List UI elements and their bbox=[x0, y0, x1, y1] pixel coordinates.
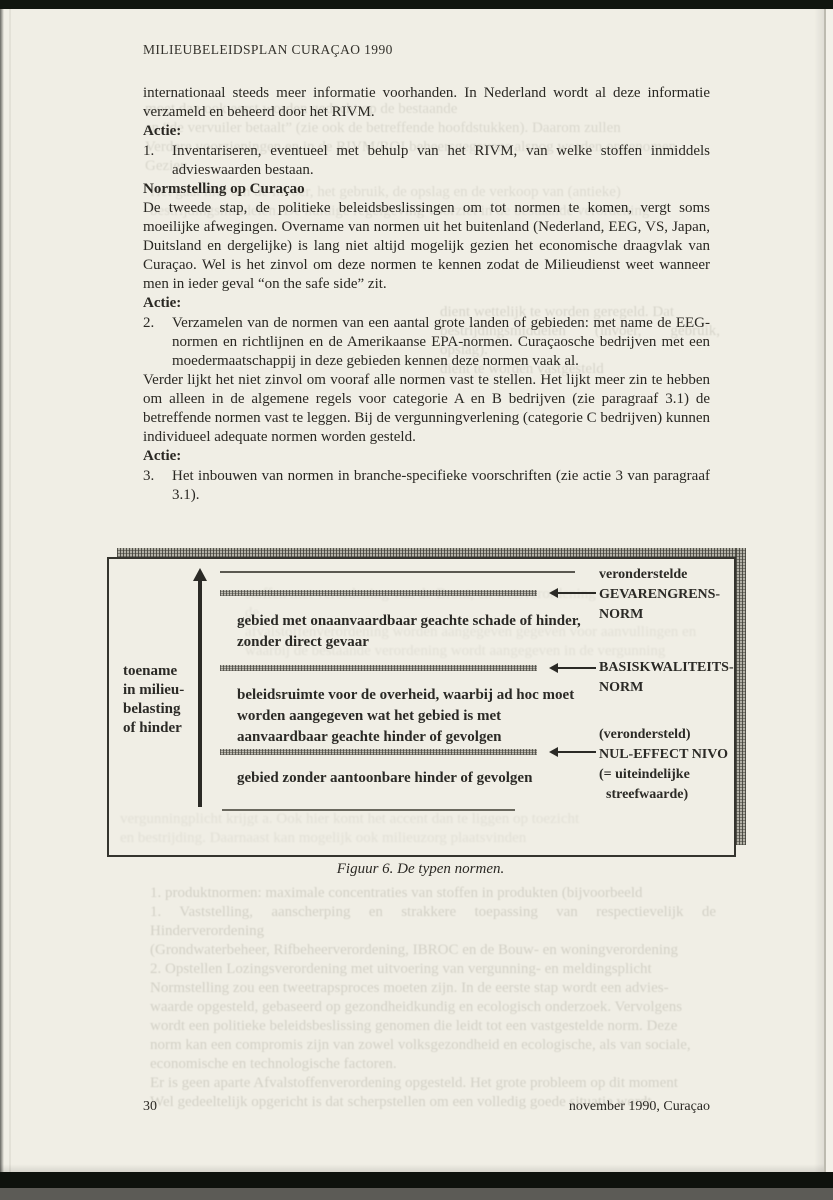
gevarengrens-norm-band bbox=[220, 590, 537, 596]
zone-beleidsruimte-text: beleidsruimte voor de overheid, waarbij … bbox=[237, 685, 589, 748]
scan-edge-bottom bbox=[0, 1172, 833, 1188]
paragraph-verder-lijkt: Verder lijkt het niet zinvol om vooraf a… bbox=[143, 371, 710, 447]
page-bottom-shadow bbox=[0, 1164, 833, 1172]
scanned-document-page: MILIEUBELEIDSPLAN CURAÇAO 1990 internati… bbox=[0, 0, 833, 1200]
axis-label-toename: toename in milieu- belasting of hinder bbox=[123, 662, 199, 738]
running-header: MILIEUBELEIDSPLAN CURAÇAO 1990 bbox=[143, 42, 393, 58]
action-item-2: 2. Verzamelen van de normen van een aant… bbox=[143, 314, 710, 371]
label-basiskwaliteits-norm: BASISKWALITEITS- NORM bbox=[599, 658, 739, 698]
page-edge-shadow-right bbox=[814, 9, 824, 1172]
action-item-1-number: 1. bbox=[143, 142, 172, 180]
action-item-1: 1. Inventariseren, eventueel met behulp … bbox=[143, 142, 710, 180]
pointer-arrow-gevarengrens bbox=[558, 592, 596, 594]
pointer-arrow-nul-effect bbox=[558, 751, 596, 753]
body-text-column: internationaal steeds meer informatie vo… bbox=[143, 84, 710, 505]
page-crease-left bbox=[9, 9, 11, 1172]
lower-boundary-line bbox=[222, 809, 515, 811]
paragraph-tweede-stap: De tweede stap, de politieke beleidsbesl… bbox=[143, 199, 710, 294]
action-item-3: 3. Het inbouwen van normen in branche-sp… bbox=[143, 467, 710, 505]
pointer-arrow-basiskwaliteit bbox=[558, 667, 596, 669]
basiskwaliteits-norm-band bbox=[220, 665, 537, 671]
scan-edge-left bbox=[0, 9, 4, 1172]
scanner-bed bbox=[0, 1188, 833, 1200]
actie-label-3: Actie: bbox=[143, 447, 710, 466]
bleed-through-text: 1. produktnormen: maximale concentraties… bbox=[150, 884, 716, 1112]
label-gevarengrens-norm: veronderstelde GEVARENGRENS- NORM bbox=[599, 565, 739, 625]
nul-effect-nivo-band bbox=[220, 749, 537, 755]
action-item-3-text: Het inbouwen van normen in branche-speci… bbox=[172, 467, 710, 505]
actie-label-1: Actie: bbox=[143, 122, 710, 141]
action-item-2-number: 2. bbox=[143, 314, 172, 371]
upper-boundary-line bbox=[220, 571, 575, 573]
figure-frame-shadow-top bbox=[117, 548, 746, 557]
figure-norm-types-diagram: toename in milieu- belasting of hinder g… bbox=[107, 557, 736, 857]
zone-zonder-hinder-text: gebied zonder aantoonbare hinder of gevo… bbox=[237, 768, 597, 789]
page-number: 30 bbox=[143, 1099, 157, 1115]
action-item-2-text: Verzamelen van de normen van een aantal … bbox=[172, 314, 710, 371]
actie-label-2: Actie: bbox=[143, 294, 710, 313]
figure-caption: Figuur 6. De typen normen. bbox=[107, 861, 734, 878]
label-nul-effect-nivo: (verondersteld) NUL-EFFECT NIVO (= uitei… bbox=[599, 725, 739, 805]
scan-edge-top bbox=[0, 0, 833, 9]
action-item-1-text: Inventariseren, eventueel met behulp van… bbox=[172, 142, 710, 180]
footer-date-place: november 1990, Curaçao bbox=[569, 1099, 710, 1115]
section-heading-normstelling: Normstelling op Curaçao bbox=[143, 180, 710, 199]
zone-onaanvaardbaar-text: gebied met onaanvaardbaar geachte schade… bbox=[237, 611, 589, 653]
paragraph-international-info: internationaal steeds meer informatie vo… bbox=[143, 84, 710, 122]
action-item-3-number: 3. bbox=[143, 467, 172, 505]
next-page-sliver bbox=[826, 9, 833, 1172]
